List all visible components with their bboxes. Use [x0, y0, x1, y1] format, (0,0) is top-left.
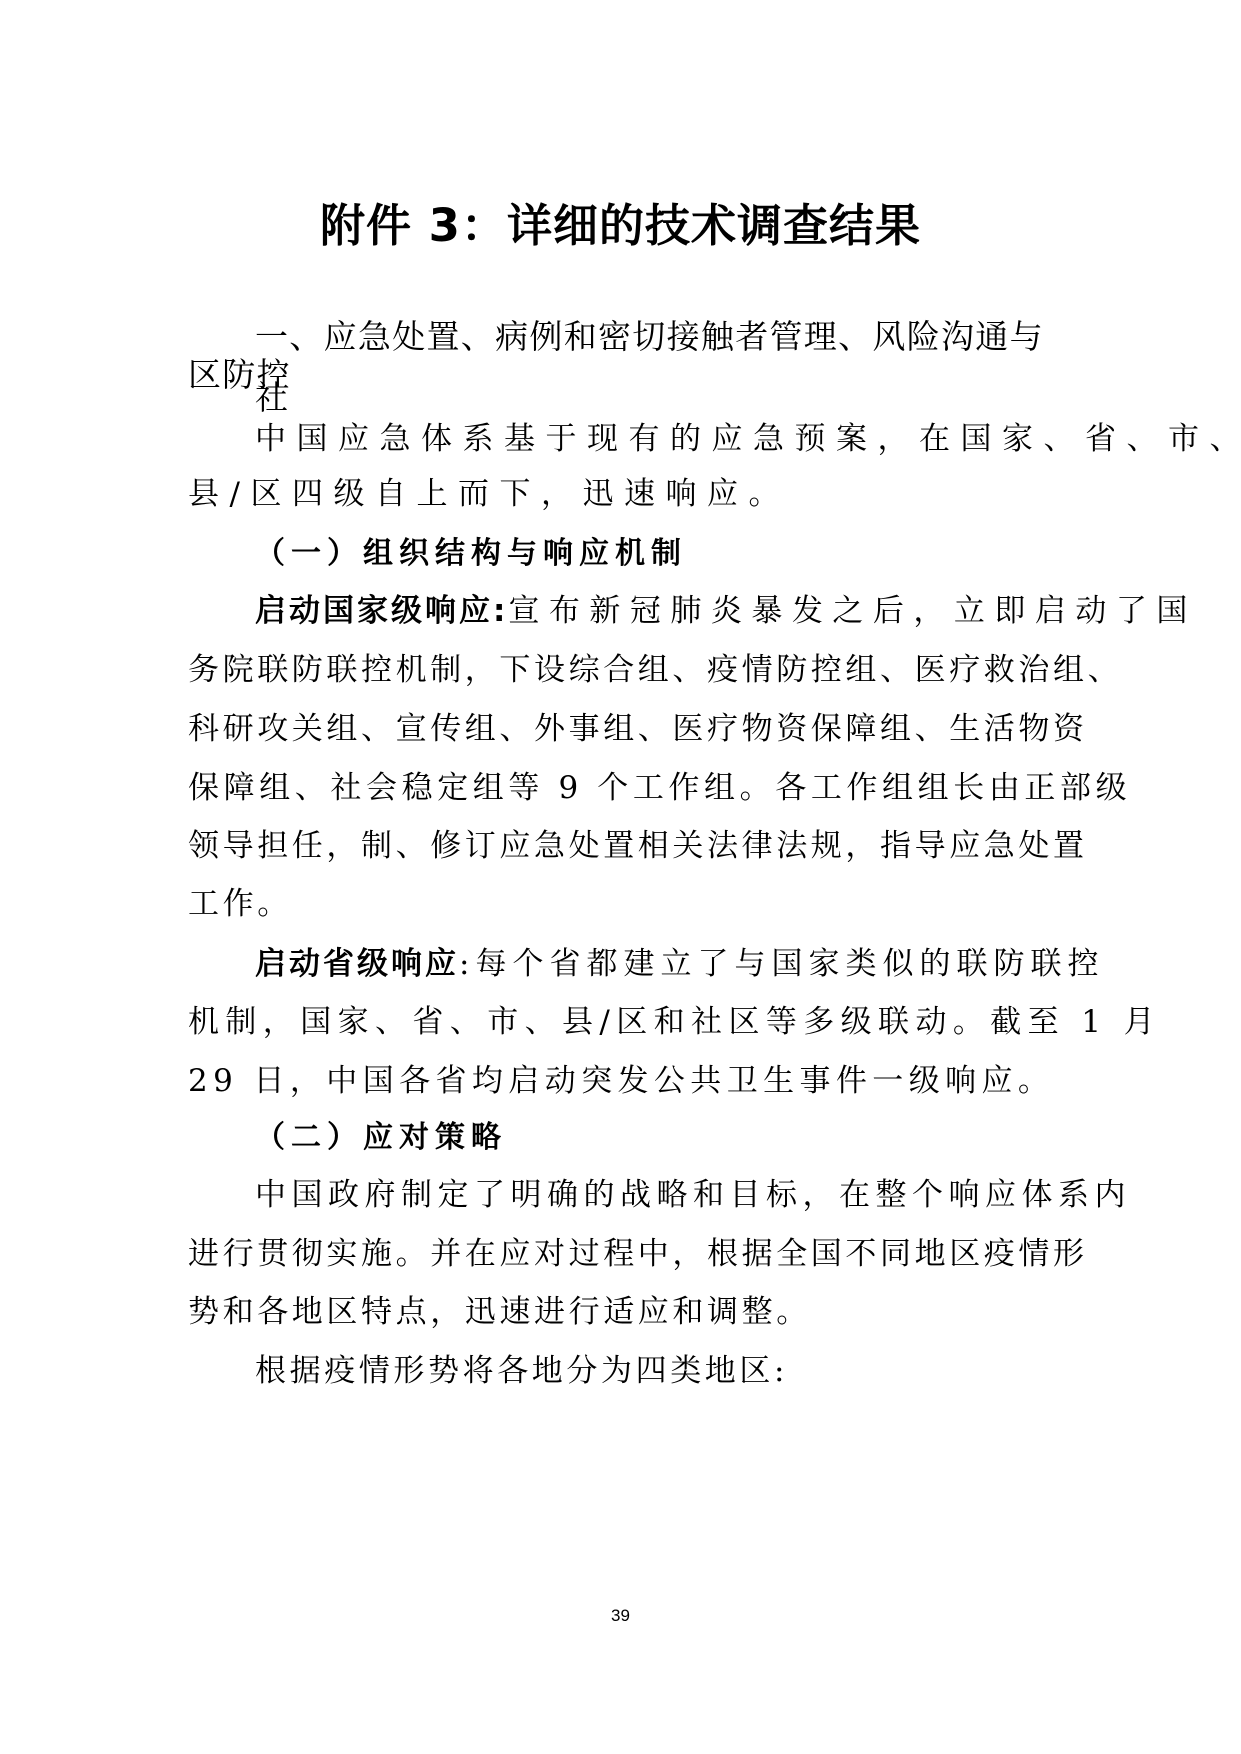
- provincial-response-label: 启动省级响应: [255, 946, 459, 982]
- intro-line-2: 县/区四级自上而下，迅速响应。: [188, 474, 790, 514]
- document-page: 附件 3：详细的技术调查结果 一、应急处置、病例和密切接触者管理、风险沟通与社 …: [0, 0, 1241, 1754]
- subsection-heading-2: （二）应对策略: [255, 1118, 507, 1158]
- strategy-line-3: 势和各地区特点，迅速进行适应和调整。: [188, 1292, 811, 1332]
- national-response-line-1: 启动国家级响应:宣布新冠肺炎暴发之后，立即启动了国: [255, 591, 1197, 631]
- provincial-response-line-2: 机制，国家、省、市、县/区和社区等多级联动。截至 1 月: [188, 1002, 1161, 1042]
- national-response-line-3: 科研攻关组、宣传组、外事组、医疗物资保障组、生活物资: [188, 709, 1088, 749]
- provincial-response-text: :每个省都建立了与国家类似的联防联控: [459, 946, 1104, 982]
- strategy-line-2: 进行贯彻实施。并在应对过程中，根据全国不同地区疫情形: [188, 1234, 1088, 1274]
- intro-line-1: 中国应急体系基于现有的应急预案，在国家、省、市、: [255, 419, 1241, 459]
- page-title: 附件 3：详细的技术调查结果: [0, 196, 1241, 256]
- national-response-line-2: 务院联防联控机制，下设综合组、疫情防控组、医疗救治组、: [188, 650, 1122, 690]
- subsection-heading-1: （一）组织结构与响应机制: [255, 534, 687, 574]
- classification-intro: 根据疫情形势将各地分为四类地区:: [255, 1351, 788, 1391]
- page-number: 39: [0, 1606, 1241, 1626]
- national-response-line-6: 工作。: [188, 884, 292, 924]
- national-response-line-4: 保障组、社会稳定组等 9 个工作组。各工作组组长由正部级: [188, 768, 1131, 808]
- national-response-label: 启动国家级响应:: [255, 593, 508, 629]
- national-response-text: 宣布新冠肺炎暴发之后，立即启动了国: [508, 593, 1197, 629]
- provincial-response-line-1: 启动省级响应:每个省都建立了与国家类似的联防联控: [255, 944, 1104, 984]
- national-response-line-5: 领导担任，制、修订应急处置相关法律法规，指导应急处置: [188, 826, 1088, 866]
- section-heading-line-2: 区防控: [188, 344, 1058, 405]
- provincial-response-line-3: 29 日，中国各省均启动突发公共卫生事件一级响应。: [188, 1061, 1054, 1101]
- strategy-line-1: 中国政府制定了明确的战略和目标，在整个响应体系内: [255, 1175, 1131, 1215]
